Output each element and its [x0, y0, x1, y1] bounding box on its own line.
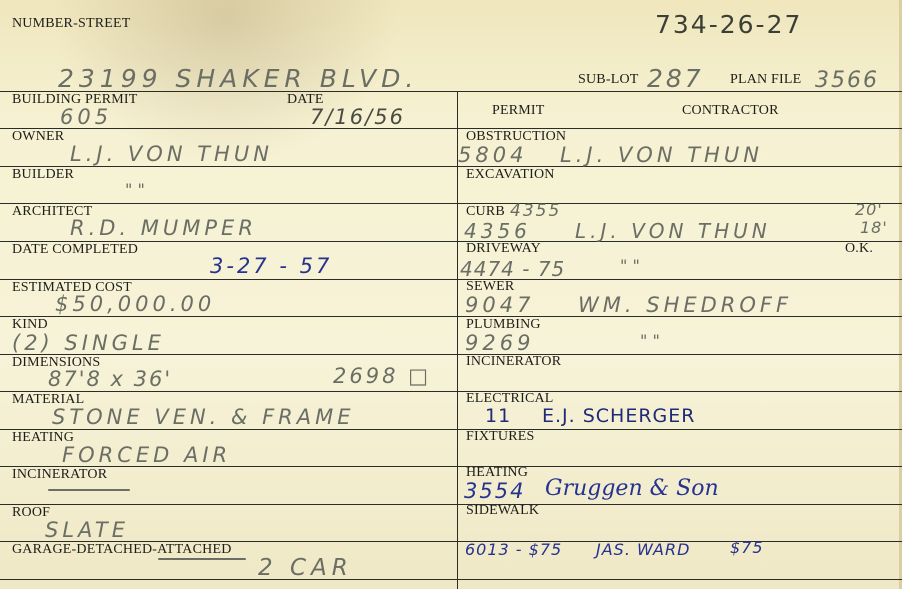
excavation-label: EXCAVATION: [466, 168, 555, 182]
building-permit-value: 605: [60, 107, 112, 128]
permit-column-header: PERMIT: [492, 104, 545, 118]
curb-length-2: 18': [860, 220, 888, 236]
date-completed-label: DATE COMPLETED: [12, 243, 138, 257]
roof-value: SLATE: [45, 520, 129, 541]
driveway-ok-note: O.K.: [845, 242, 873, 256]
obstruction-contractor: L.J. VON THUN: [560, 145, 763, 166]
number-street-label: NUMBER-STREET: [12, 17, 131, 31]
rule-line: [0, 579, 902, 580]
rule-line: [0, 391, 902, 392]
sewer-label: SEWER: [466, 280, 514, 294]
heating-contractor: Gruggen & Son: [545, 478, 719, 500]
incinerator-permit-label: INCINERATOR: [466, 355, 561, 369]
garage-label: GARAGE-DETACHED-ATTACHED: [12, 543, 232, 557]
plumbing-label: PLUMBING: [466, 318, 541, 332]
material-value: STONE VEN. & FRAME: [52, 407, 355, 428]
rule-line: [0, 128, 902, 129]
plan-file-label: PLAN FILE: [730, 73, 801, 87]
date-value: 7/16/56: [310, 107, 405, 128]
area-value: 2698 □: [333, 366, 431, 387]
heating-permit: 3554: [464, 481, 525, 502]
rule-line: [0, 504, 902, 505]
garage-value: 2 CAR: [258, 557, 353, 580]
fixtures-label: FIXTURES: [466, 430, 535, 444]
sewer-contractor: WM. SHEDROFF: [578, 295, 792, 316]
incinerator-dash: [48, 489, 130, 491]
driveway-contractor: " ": [620, 258, 640, 274]
contractor-column-header: CONTRACTOR: [682, 104, 779, 118]
electrical-label: ELECTRICAL: [466, 392, 554, 406]
sidewalk-label: SIDEWALK: [466, 504, 539, 518]
number-street-value: 23199 SHAKER BLVD.: [58, 66, 418, 91]
heating-permit-label: HEATING: [466, 466, 528, 480]
sidewalk-permit: 6013 - $75: [465, 542, 562, 558]
file-number: 734-26-27: [655, 12, 802, 37]
kind-label: KIND: [12, 318, 48, 332]
curb-length-1: 20': [855, 202, 883, 218]
garage-underline: [158, 558, 246, 560]
rule-line: [0, 166, 902, 167]
incinerator-label: INCINERATOR: [12, 468, 107, 482]
curb-contractor: L.J. VON THUN: [575, 221, 771, 241]
obstruction-label: OBSTRUCTION: [466, 130, 566, 144]
plumbing-contractor: " ": [640, 333, 660, 349]
obstruction-permit: 5804: [458, 145, 527, 166]
builder-value: " ": [125, 182, 145, 198]
plumbing-permit: 9269: [465, 333, 534, 354]
sidewalk-fee: $75: [730, 540, 764, 556]
rule-line: [0, 203, 902, 204]
architect-value: R.D. MUMPER: [70, 218, 257, 239]
owner-label: OWNER: [12, 130, 64, 144]
heating-value: FORCED AIR: [62, 445, 231, 466]
owner-value: L.J. VON THUN: [70, 144, 273, 165]
builder-label: BUILDER: [12, 168, 74, 182]
driveway-permit: 4474 - 75: [460, 259, 565, 279]
date-completed-value: 3-27 - 57: [210, 256, 332, 277]
curb-permit-2: 4356: [464, 221, 531, 241]
dimensions-value: 87'8 x 36': [48, 369, 172, 390]
estimated-cost-value: $50,000.00: [55, 294, 215, 315]
curb-permit-1: 4355: [510, 203, 561, 220]
sidewalk-contractor: JAS. WARD: [596, 542, 690, 558]
driveway-label: DRIVEWAY: [466, 242, 541, 256]
sub-lot-label: SUB-LOT: [578, 73, 639, 87]
electrical-permit: 11: [485, 407, 511, 426]
electrical-contractor: E.J. SCHERGER: [542, 407, 695, 426]
plan-file-value: 3566: [815, 70, 879, 92]
curb-label: CURB: [466, 205, 505, 219]
kind-value: (2) SINGLE: [12, 333, 165, 354]
sewer-permit: 9047: [465, 295, 534, 316]
rule-line: [0, 279, 902, 280]
sub-lot-value: 287: [647, 66, 704, 91]
rule-line: [0, 429, 902, 430]
permit-record-card: NUMBER-STREET 734-26-27 23199 SHAKER BLV…: [0, 0, 902, 589]
